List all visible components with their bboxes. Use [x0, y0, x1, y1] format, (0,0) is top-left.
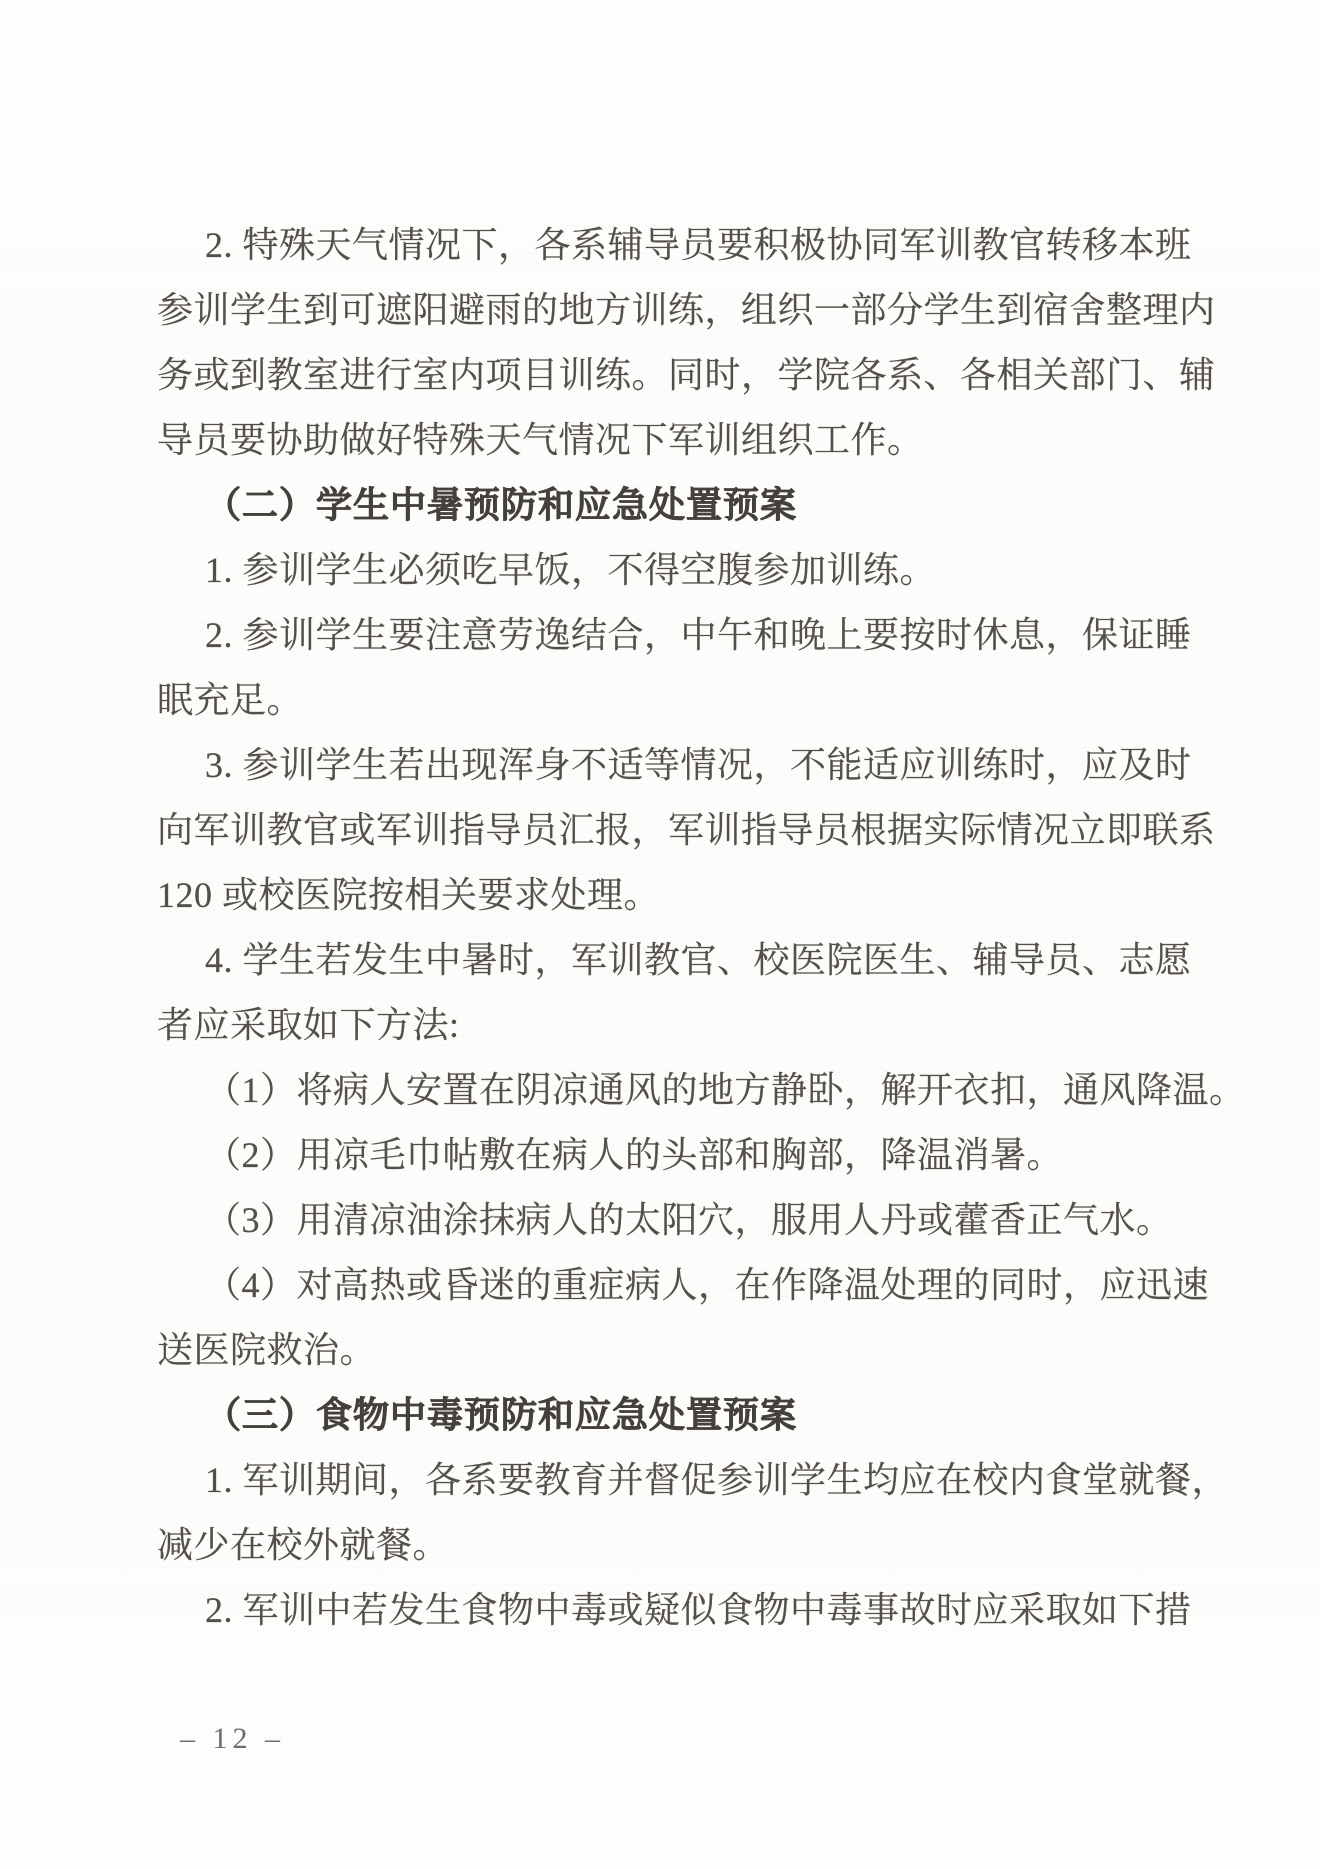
paragraph-method-1: （1）将病人安置在阴凉通风的地方静卧，解开衣扣，通风降温。 — [157, 1055, 1197, 1120]
text-line: 1. 参训学生必须吃早饭，不得空腹参加训练。 — [157, 535, 1197, 600]
text-line: 1. 军训期间，各系要教育并督促参训学生均应在校内食堂就餐， — [157, 1445, 1197, 1510]
paragraph-item-3: 3. 参训学生若出现浑身不适等情况，不能适应训练时，应及时 向军训教官或军训指导… — [157, 730, 1197, 925]
page-number: – 12 – — [180, 1722, 285, 1756]
text-line: 120 或校医院按相关要求处理。 — [157, 860, 1197, 925]
page-content: 2. 特殊天气情况下，各系辅导员要积极协同军训教官转移本班 参训学生到可遮阳避雨… — [157, 210, 1197, 1640]
paragraph-method-3: （3）用清凉油涂抹病人的太阳穴，服用人丹或藿香正气水。 — [157, 1185, 1197, 1250]
text-line: 参训学生到可遮阳避雨的地方训练，组织一部分学生到宿舍整理内 — [157, 275, 1197, 340]
text-line: （1）将病人安置在阴凉通风的地方静卧，解开衣扣，通风降温。 — [157, 1055, 1197, 1120]
text-line: 2. 特殊天气情况下，各系辅导员要积极协同军训教官转移本班 — [157, 210, 1197, 275]
text-line: 眠充足。 — [157, 665, 1197, 730]
text-line: 向军训教官或军训指导员汇报，军训指导员根据实际情况立即联系 — [157, 795, 1197, 860]
text-line: 送医院救治。 — [157, 1315, 1197, 1380]
paragraph-item-4: 4. 学生若发生中暑时，军训教官、校医院医生、辅导员、志愿 者应采取如下方法: — [157, 925, 1197, 1055]
section-heading: （三）食物中毒预防和应急处置预案 — [157, 1380, 1197, 1445]
paragraph-method-4: （4）对高热或昏迷的重症病人，在作降温处理的同时，应迅速 送医院救治。 — [157, 1250, 1197, 1380]
paragraph-method-2: （2）用凉毛巾帖敷在病人的头部和胸部，降温消暑。 — [157, 1120, 1197, 1185]
document-page: 2. 特殊天气情况下，各系辅导员要积极协同军训教官转移本班 参训学生到可遮阳避雨… — [0, 0, 1320, 1869]
text-line: 务或到教室进行室内项目训练。同时，学院各系、各相关部门、辅 — [157, 340, 1197, 405]
section-heading-heatstroke: （二）学生中暑预防和应急处置预案 — [157, 470, 1197, 535]
paragraph-item-1: 1. 参训学生必须吃早饭，不得空腹参加训练。 — [157, 535, 1197, 600]
text-line: 者应采取如下方法: — [157, 990, 1197, 1055]
text-line: 2. 军训中若发生食物中毒或疑似食物中毒事故时应采取如下措 — [157, 1575, 1197, 1640]
section-heading: （二）学生中暑预防和应急处置预案 — [157, 470, 1197, 535]
text-line: 2. 参训学生要注意劳逸结合，中午和晚上要按时休息，保证睡 — [157, 600, 1197, 665]
paragraph-food-item-1: 1. 军训期间，各系要教育并督促参训学生均应在校内食堂就餐， 减少在校外就餐。 — [157, 1445, 1197, 1575]
text-line: （4）对高热或昏迷的重症病人，在作降温处理的同时，应迅速 — [157, 1250, 1197, 1315]
text-line: （2）用凉毛巾帖敷在病人的头部和胸部，降温消暑。 — [157, 1120, 1197, 1185]
text-line: 4. 学生若发生中暑时，军训教官、校医院医生、辅导员、志愿 — [157, 925, 1197, 990]
text-line: 3. 参训学生若出现浑身不适等情况，不能适应训练时，应及时 — [157, 730, 1197, 795]
text-line: 导员要协助做好特殊天气情况下军训组织工作。 — [157, 405, 1197, 470]
text-line: 减少在校外就餐。 — [157, 1510, 1197, 1575]
text-line: （3）用清凉油涂抹病人的太阳穴，服用人丹或藿香正气水。 — [157, 1185, 1197, 1250]
paragraph-food-item-2: 2. 军训中若发生食物中毒或疑似食物中毒事故时应采取如下措 — [157, 1575, 1197, 1640]
paragraph-special-weather: 2. 特殊天气情况下，各系辅导员要积极协同军训教官转移本班 参训学生到可遮阳避雨… — [157, 210, 1197, 470]
paragraph-item-2: 2. 参训学生要注意劳逸结合，中午和晚上要按时休息，保证睡 眠充足。 — [157, 600, 1197, 730]
section-heading-food-poisoning: （三）食物中毒预防和应急处置预案 — [157, 1380, 1197, 1445]
